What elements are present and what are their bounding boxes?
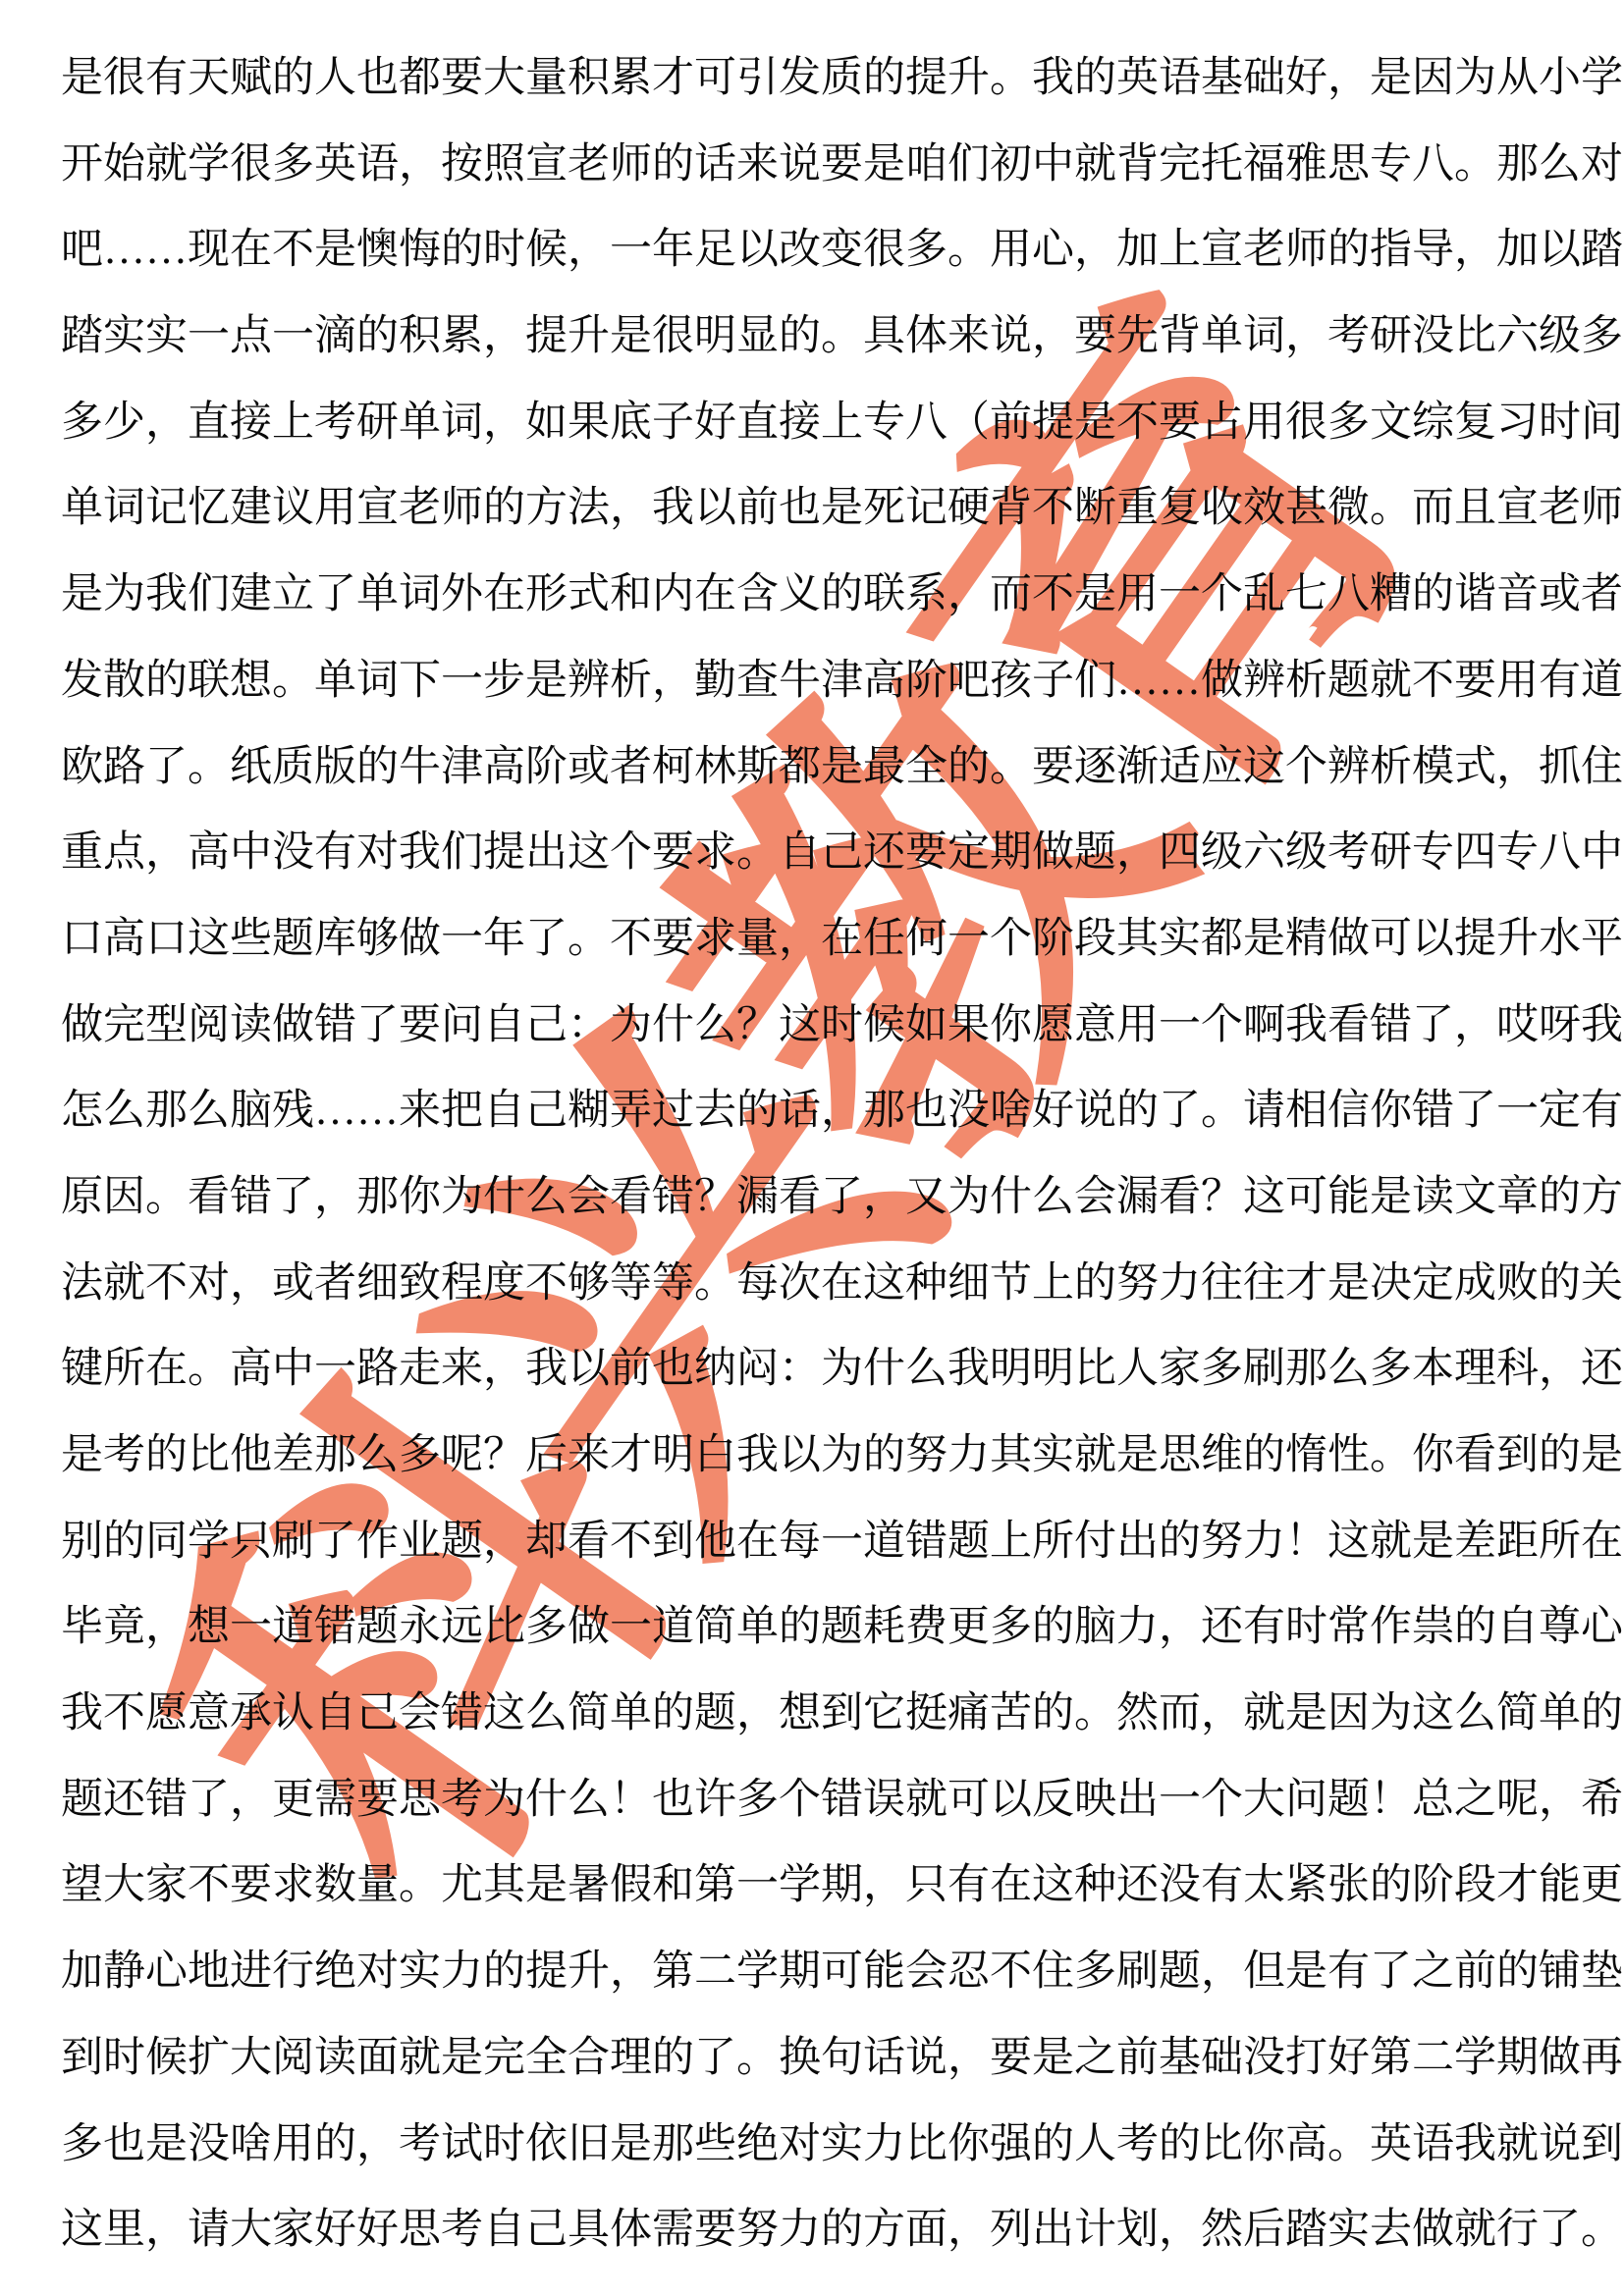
body-text: 是很有天赋的人也都要大量积累才可引发质的提升。我的英语基础好，是因为从小学 开始… bbox=[61, 35, 1567, 2273]
text-line: 是为我们建立了单词外在形式和内在含义的联系，而不是用一个乱七八糟的谐音或者 bbox=[61, 552, 1567, 638]
text-line: 我不愿意承认自己会错这么简单的题，想到它挺痛苦的。然而，就是因为这么简单的 bbox=[61, 1671, 1567, 1757]
text-line: 毕竟，想一道错题永远比多做一道简单的题耗费更多的脑力，还有时常作祟的自尊心。 bbox=[61, 1584, 1567, 1671]
text-line: 怎么那么脑残……来把自己糊弄过去的话，那也没啥好说的了。请相信你错了一定有 bbox=[61, 1068, 1567, 1154]
text-line: 发散的联想。单词下一步是辨析，勤查牛津高阶吧孩子们……做辨析题就不要用有道 bbox=[61, 638, 1567, 724]
text-line: 踏实实一点一滴的积累，提升是很明显的。具体来说，要先背单词，考研没比六级多 bbox=[61, 294, 1567, 380]
text-line: 到时候扩大阅读面就是完全合理的了。换句话说，要是之前基础没打好第二学期做再 bbox=[61, 2015, 1567, 2102]
text-line: 欧路了。纸质版的牛津高阶或者柯林斯都是最全的。要逐渐适应这个辨析模式，抓住 bbox=[61, 724, 1567, 811]
text-line: 单词记忆建议用宣老师的方法，我以前也是死记硬背不断重复收效甚微。而且宣老师 bbox=[61, 465, 1567, 552]
text-line: 键所在。高中一路走来，我以前也纳闷：为什么我明明比人家多刷那么多本理科，还 bbox=[61, 1326, 1567, 1413]
document-page: 科兴教育 是很有天赋的人也都要大量积累才可引发质的提升。我的英语基础好，是因为从… bbox=[0, 0, 1624, 2296]
text-line: 口高口这些题库够做一年了。不要求量，在任何一个阶段其实都是精做可以提升水平。 bbox=[61, 896, 1567, 983]
text-line: 别的同学只刷了作业题，却看不到他在每一道错题上所付出的努力！这就是差距所在！ bbox=[61, 1499, 1567, 1585]
text-line: 开始就学很多英语，按照宣老师的话来说要是咱们初中就背完托福雅思专八。那么对 bbox=[61, 122, 1567, 208]
text-line: 这里，请大家好好思考自己具体需要努力的方面，列出计划，然后踏实去做就行了。 bbox=[61, 2187, 1567, 2273]
text-line: 原因。看错了，那你为什么会看错？漏看了，又为什么会漏看？这可能是读文章的方 bbox=[61, 1154, 1567, 1241]
text-line: 是考的比他差那么多呢？后来才明白我以为的努力其实就是思维的惰性。你看到的是 bbox=[61, 1413, 1567, 1499]
text-line: 多也是没啥用的，考试时依旧是那些绝对实力比你强的人考的比你高。英语我就说到 bbox=[61, 2102, 1567, 2188]
text-line: 望大家不要求数量。尤其是暑假和第一学期，只有在这种还没有太紧张的阶段才能更 bbox=[61, 1842, 1567, 1929]
text-line: 加静心地进行绝对实力的提升，第二学期可能会忍不住多刷题，但是有了之前的铺垫， bbox=[61, 1929, 1567, 2015]
text-line: 做完型阅读做错了要问自己：为什么？这时候如果你愿意用一个啊我看错了，哎呀我 bbox=[61, 983, 1567, 1069]
text-line: 吧……现在不是懊悔的时候，一年足以改变很多。用心，加上宣老师的指导，加以踏 bbox=[61, 207, 1567, 294]
text-line: 题还错了，更需要思考为什么！也许多个错误就可以反映出一个大问题！总之呢，希 bbox=[61, 1757, 1567, 1843]
text-line: 是很有天赋的人也都要大量积累才可引发质的提升。我的英语基础好，是因为从小学 bbox=[61, 35, 1567, 122]
text-line: 多少，直接上考研单词，如果底子好直接上专八（前提是不要占用很多文综复习时间） bbox=[61, 380, 1567, 466]
text-line: 重点，高中没有对我们提出这个要求。自己还要定期做题，四级六级考研专四专八中 bbox=[61, 810, 1567, 896]
text-line: 法就不对，或者细致程度不够等等。每次在这种细节上的努力往往才是决定成败的关 bbox=[61, 1241, 1567, 1327]
